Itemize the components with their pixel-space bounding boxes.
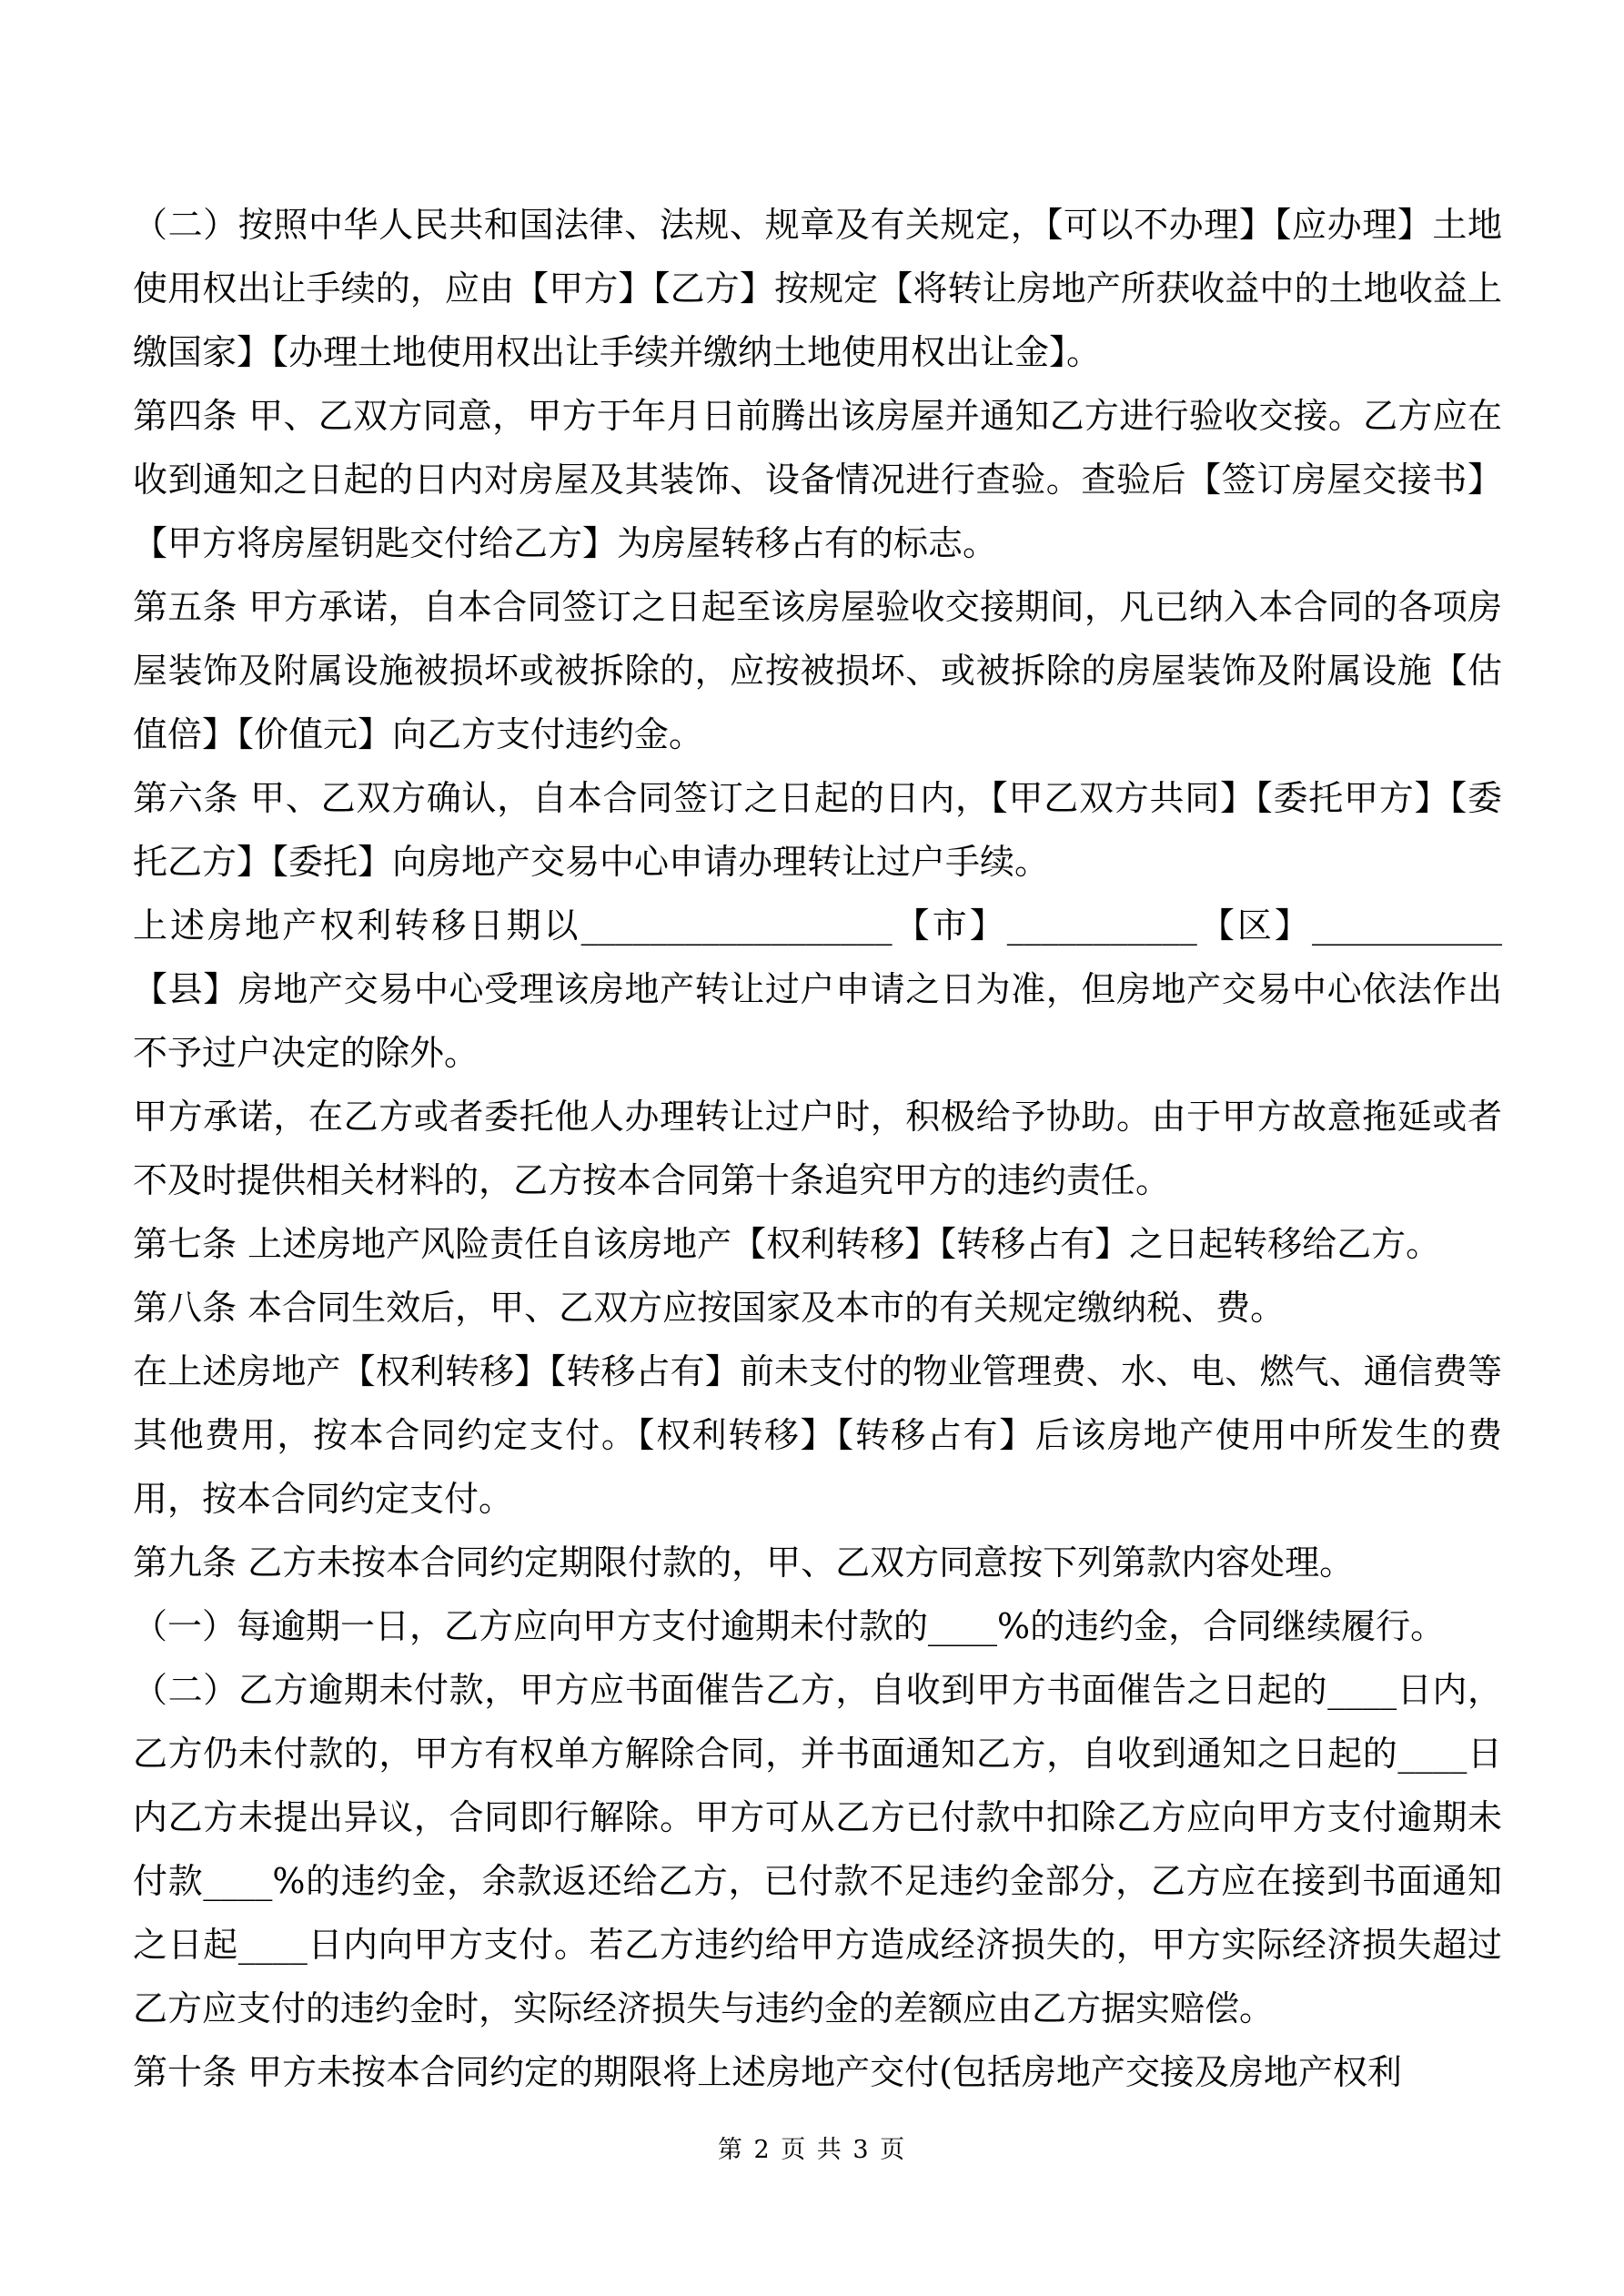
contract-body: （二）按照中华人民共和国法律、法规、规章及有关规定，【可以不办理】【应办理】土地…	[133, 193, 1502, 2104]
contract-paragraph: 第八条 本合同生效后，甲、乙双方应按国家及本市的有关规定缴纳税、费。	[133, 1276, 1502, 1340]
page-footer: 第 2 页 共 3 页	[0, 2129, 1624, 2165]
contract-paragraph: 第七条 上述房地产风险责任自该房地产【权利转移】【转移占有】之日起转移给乙方。	[133, 1212, 1502, 1276]
contract-paragraph: 在上述房地产【权利转移】【转移占有】前未支付的物业管理费、水、电、燃气、通信费等…	[133, 1340, 1502, 1531]
contract-paragraph: 第六条 甲、乙双方确认，自本合同签订之日起的日内，【甲乙双方共同】【委托甲方】【…	[133, 766, 1502, 894]
contract-paragraph: 第五条 甲方承诺，自本合同签订之日起至该房屋验收交接期间，凡已纳入本合同的各项房…	[133, 575, 1502, 766]
contract-paragraph: （二）按照中华人民共和国法律、法规、规章及有关规定，【可以不办理】【应办理】土地…	[133, 193, 1502, 384]
contract-paragraph: 上述房地产权利转移日期以__________________【市】_______…	[133, 894, 1502, 1085]
contract-paragraph: 甲方承诺，在乙方或者委托他人办理转让过户时，积极给予协助。由于甲方故意拖延或者不…	[133, 1085, 1502, 1212]
document-page: （二）按照中华人民共和国法律、法规、规章及有关规定，【可以不办理】【应办理】土地…	[0, 0, 1624, 2296]
contract-paragraph: （一）每逾期一日，乙方应向甲方支付逾期未付款的____%的违约金，合同继续履行。	[133, 1594, 1502, 1658]
contract-paragraph: 第九条 乙方未按本合同约定期限付款的，甲、乙双方同意按下列第款内容处理。	[133, 1531, 1502, 1594]
contract-paragraph: （二）乙方逾期未付款，甲方应书面催告乙方，自收到甲方书面催告之日起的____日内…	[133, 1658, 1502, 2040]
contract-paragraph: 第四条 甲、乙双方同意，甲方于年月日前腾出该房屋并通知乙方进行验收交接。乙方应在…	[133, 384, 1502, 575]
contract-paragraph: 第十条 甲方未按本合同约定的期限将上述房地产交付(包括房地产交接及房地产权利	[133, 2040, 1502, 2104]
